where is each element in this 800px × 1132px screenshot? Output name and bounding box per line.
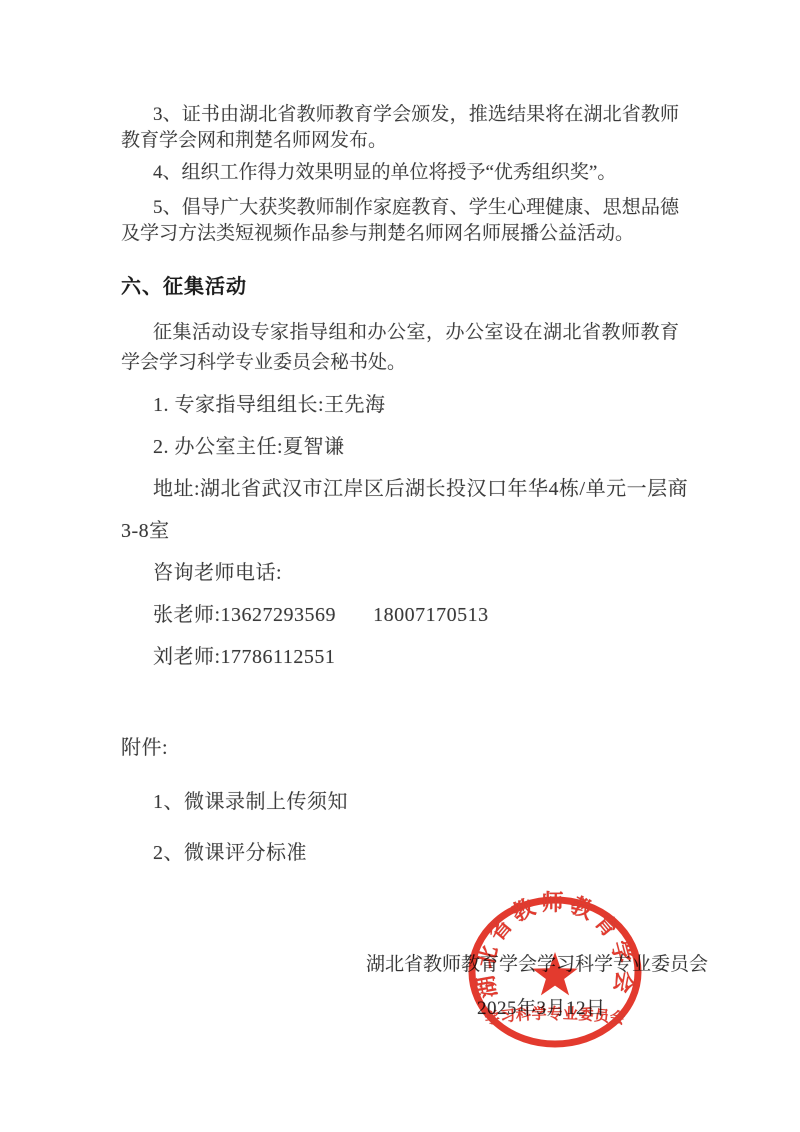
expert-leader-line: 1. 专家指导组组长:王先海 bbox=[121, 384, 679, 426]
document-page: 3、证书由湖北省教师教育学会颁发，推选结果将在湖北省教师教育学会网和荆楚名师网发… bbox=[0, 0, 800, 1132]
section-intro-paragraph: 征集活动设专家指导组和办公室，办公室设在湖北省教师教育学会学习科学专业委员会秘书… bbox=[121, 318, 679, 378]
address-line-2: 3-8室 bbox=[121, 510, 679, 552]
body-paragraph-3: 3、证书由湖北省教师教育学会颁发，推选结果将在湖北省教师教育学会网和荆楚名师网发… bbox=[121, 102, 679, 154]
office-info-block: 1. 专家指导组组长:王先海 2. 办公室主任:夏智谦 地址:湖北省武汉市江岸区… bbox=[121, 384, 679, 678]
contact-line-zhang: 张老师:1362729356918007170513 bbox=[121, 594, 679, 636]
address-line-1: 地址:湖北省武汉市江岸区后湖长投汉口年华4栋/单元一层商 bbox=[121, 468, 679, 510]
seal-bottom-text: 学习科学专业委员会 bbox=[483, 1005, 626, 1028]
contact-zhang-phone2: 18007170513 bbox=[373, 594, 489, 636]
body-paragraph-4: 4、组织工作得力效果明显的单位将授予“优秀组织奖”。 bbox=[121, 160, 679, 186]
body-paragraph-5: 5、倡导广大获奖教师制作家庭教育、学生心理健康、思想品德及学习方法类短视频作品参… bbox=[121, 195, 679, 247]
attachments-label: 附件: bbox=[121, 735, 679, 761]
contact-zhang-phone1: 张老师:13627293569 bbox=[153, 604, 336, 626]
attachment-item-1: 1、微课录制上传须知 bbox=[121, 789, 711, 815]
attachment-item-2: 2、微课评分标准 bbox=[121, 840, 711, 866]
official-seal-icon: 湖北省教师教育学会 学习科学专业委员会 bbox=[460, 888, 650, 1056]
section-heading: 六、征集活动 bbox=[121, 273, 679, 301]
office-director-line: 2. 办公室主任:夏智谦 bbox=[121, 426, 679, 468]
contact-line-liu: 刘老师:17786112551 bbox=[121, 636, 679, 678]
seal-star-icon bbox=[532, 952, 578, 995]
phone-heading: 咨询老师电话: bbox=[121, 552, 679, 594]
